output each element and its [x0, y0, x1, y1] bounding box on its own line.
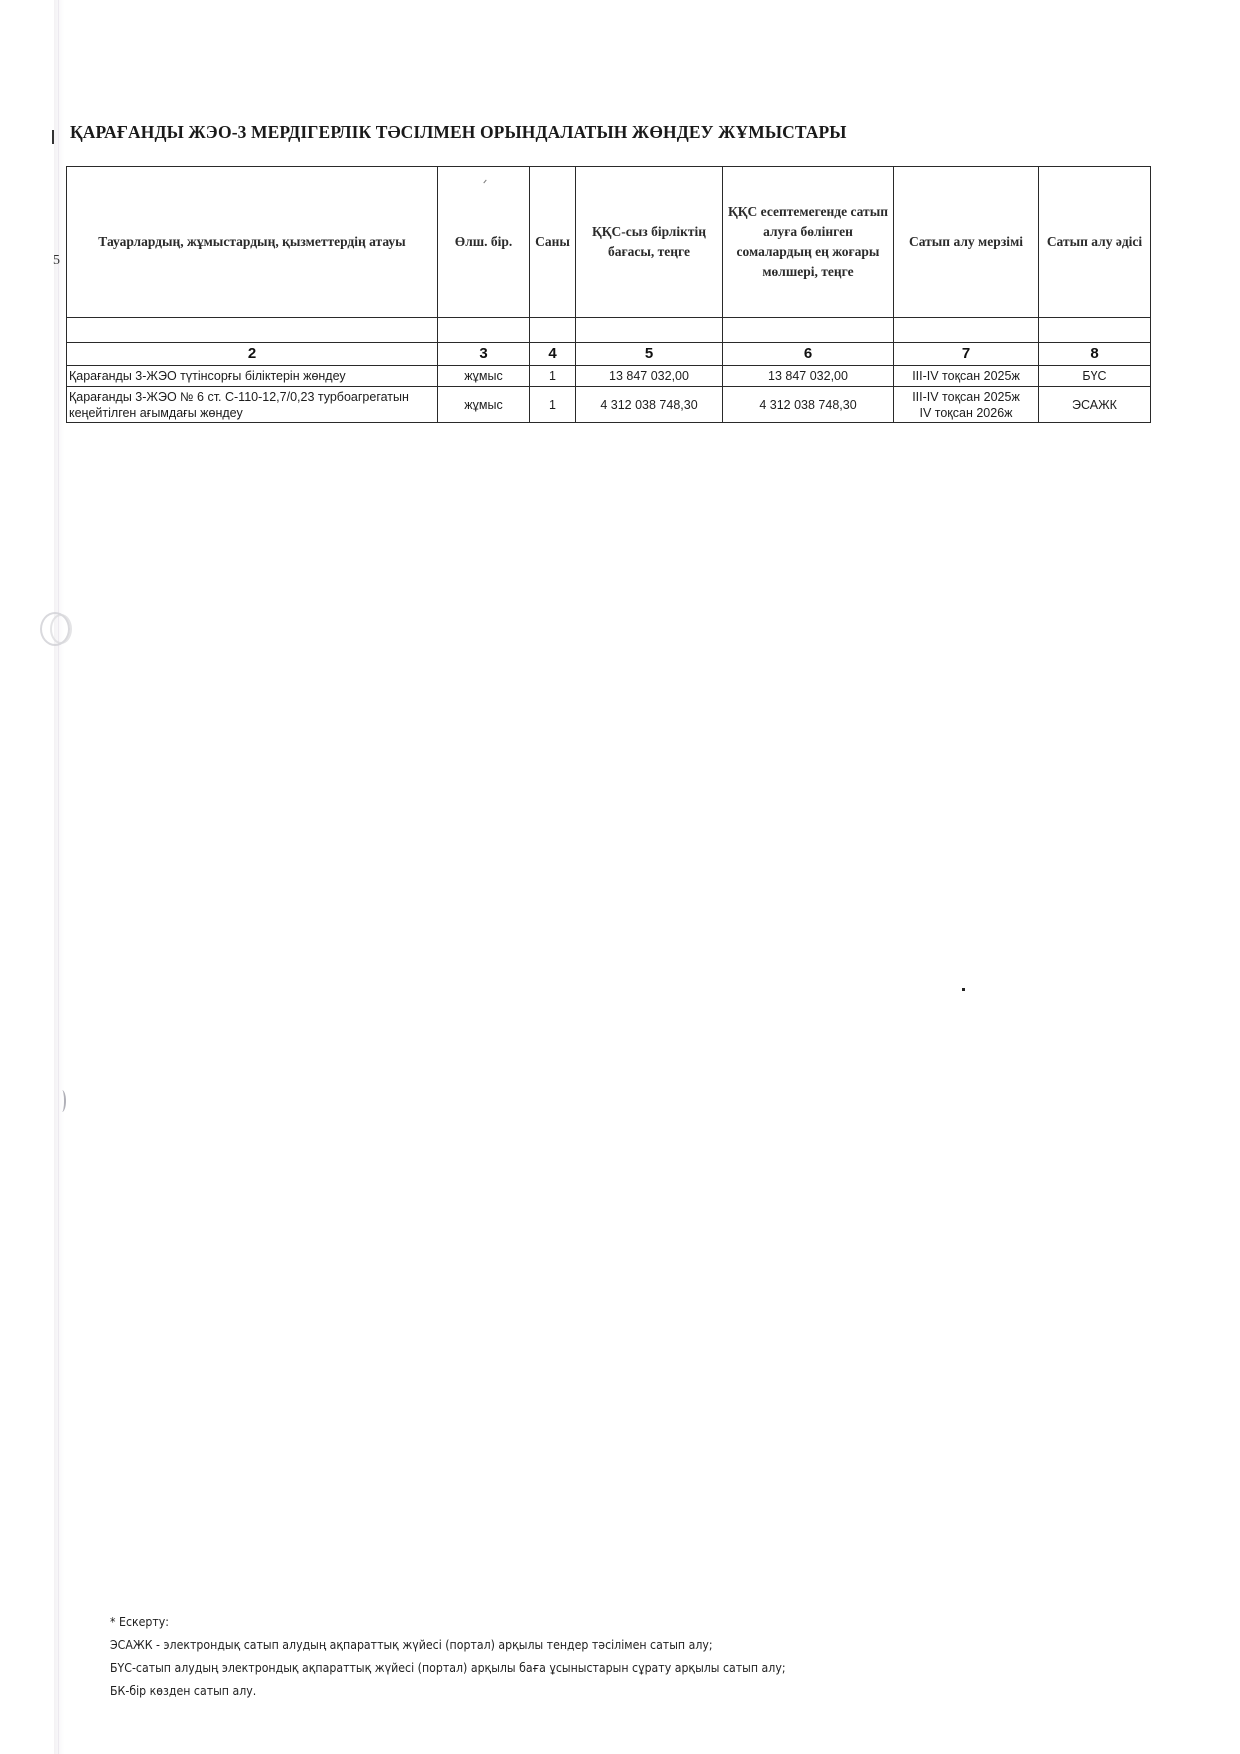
side-mark: 5: [53, 253, 60, 269]
footnotes: * Ескерту: ЭСАЖК - электрондық сатып алу…: [110, 1610, 786, 1702]
column-number: 7: [894, 343, 1039, 366]
row-unit: жұмыс: [438, 366, 530, 387]
header-unit-price: ҚҚС-сыз бірліктің бағасы, теңге: [576, 167, 723, 318]
scan-mark: [52, 130, 54, 144]
scan-dot-mark: [962, 988, 965, 991]
footnote-line: БҮС-сатып алудың электрондық ақпараттық …: [110, 1656, 786, 1679]
footnote-heading: * Ескерту:: [110, 1610, 786, 1633]
row-max-amount: 4 312 038 748,30: [723, 387, 894, 423]
footnote-line: ЭСАЖК - электрондық сатып алудың ақпарат…: [110, 1633, 786, 1656]
table-empty-row: [67, 318, 1151, 343]
row-unit: жұмыс: [438, 387, 530, 423]
header-max-amount: ҚҚС есептемегенде сатып алуға бөлінген с…: [723, 167, 894, 318]
column-number-row: 2 3 4 5 6 7 8: [67, 343, 1151, 366]
row-unit-price: 13 847 032,00: [576, 366, 723, 387]
column-number: 3: [438, 343, 530, 366]
header-period: Сатып алу мерзімі: [894, 167, 1039, 318]
row-quantity: 1: [530, 366, 576, 387]
procurement-table: Тауарлардың, жұмыстардың, қызметтердің а…: [66, 166, 1151, 423]
table-row: Қарағанды 3-ЖЭО түтінсорғы біліктерін жө…: [67, 366, 1151, 387]
column-number: 6: [723, 343, 894, 366]
row-name: Қарағанды 3-ЖЭО № 6 ст. С-110-12,7/0,23 …: [67, 387, 438, 423]
row-quantity: 1: [530, 387, 576, 423]
row-period: III-IV тоқсан 2025ж: [894, 366, 1039, 387]
header-method: Сатып алу әдісі: [1039, 167, 1151, 318]
row-period: III-IV тоқсан 2025ж IV тоқсан 2026ж: [894, 387, 1039, 423]
column-number: 5: [576, 343, 723, 366]
row-period-line2: IV тоқсан 2026ж: [897, 405, 1035, 421]
header-unit: Өлш. бір.: [438, 167, 530, 318]
punch-hole-mark-inner: [50, 614, 72, 644]
footnote-line: БК-бір көзден сатып алу.: [110, 1679, 786, 1702]
header-quantity: Саны: [530, 167, 576, 318]
document-title: ҚАРАҒАНДЫ ЖЭО-3 МЕРДІГЕРЛІК ТӘСІЛМЕН ОРЫ…: [70, 122, 847, 143]
row-name: Қарағанды 3-ЖЭО түтінсорғы біліктерін жө…: [67, 366, 438, 387]
scan-paren-mark: [58, 1090, 66, 1112]
table-header-row: Тауарлардың, жұмыстардың, қызметтердің а…: [67, 167, 1151, 318]
row-unit-price: 4 312 038 748,30: [576, 387, 723, 423]
row-max-amount: 13 847 032,00: [723, 366, 894, 387]
column-number: 8: [1039, 343, 1151, 366]
column-number: 4: [530, 343, 576, 366]
table-row: Қарағанды 3-ЖЭО № 6 ст. С-110-12,7/0,23 …: [67, 387, 1151, 423]
header-name: Тауарлардың, жұмыстардың, қызметтердің а…: [67, 167, 438, 318]
row-method: БҮС: [1039, 366, 1151, 387]
column-number: 2: [67, 343, 438, 366]
row-method: ЭСАЖК: [1039, 387, 1151, 423]
row-period-line1: III-IV тоқсан 2025ж: [897, 389, 1035, 405]
